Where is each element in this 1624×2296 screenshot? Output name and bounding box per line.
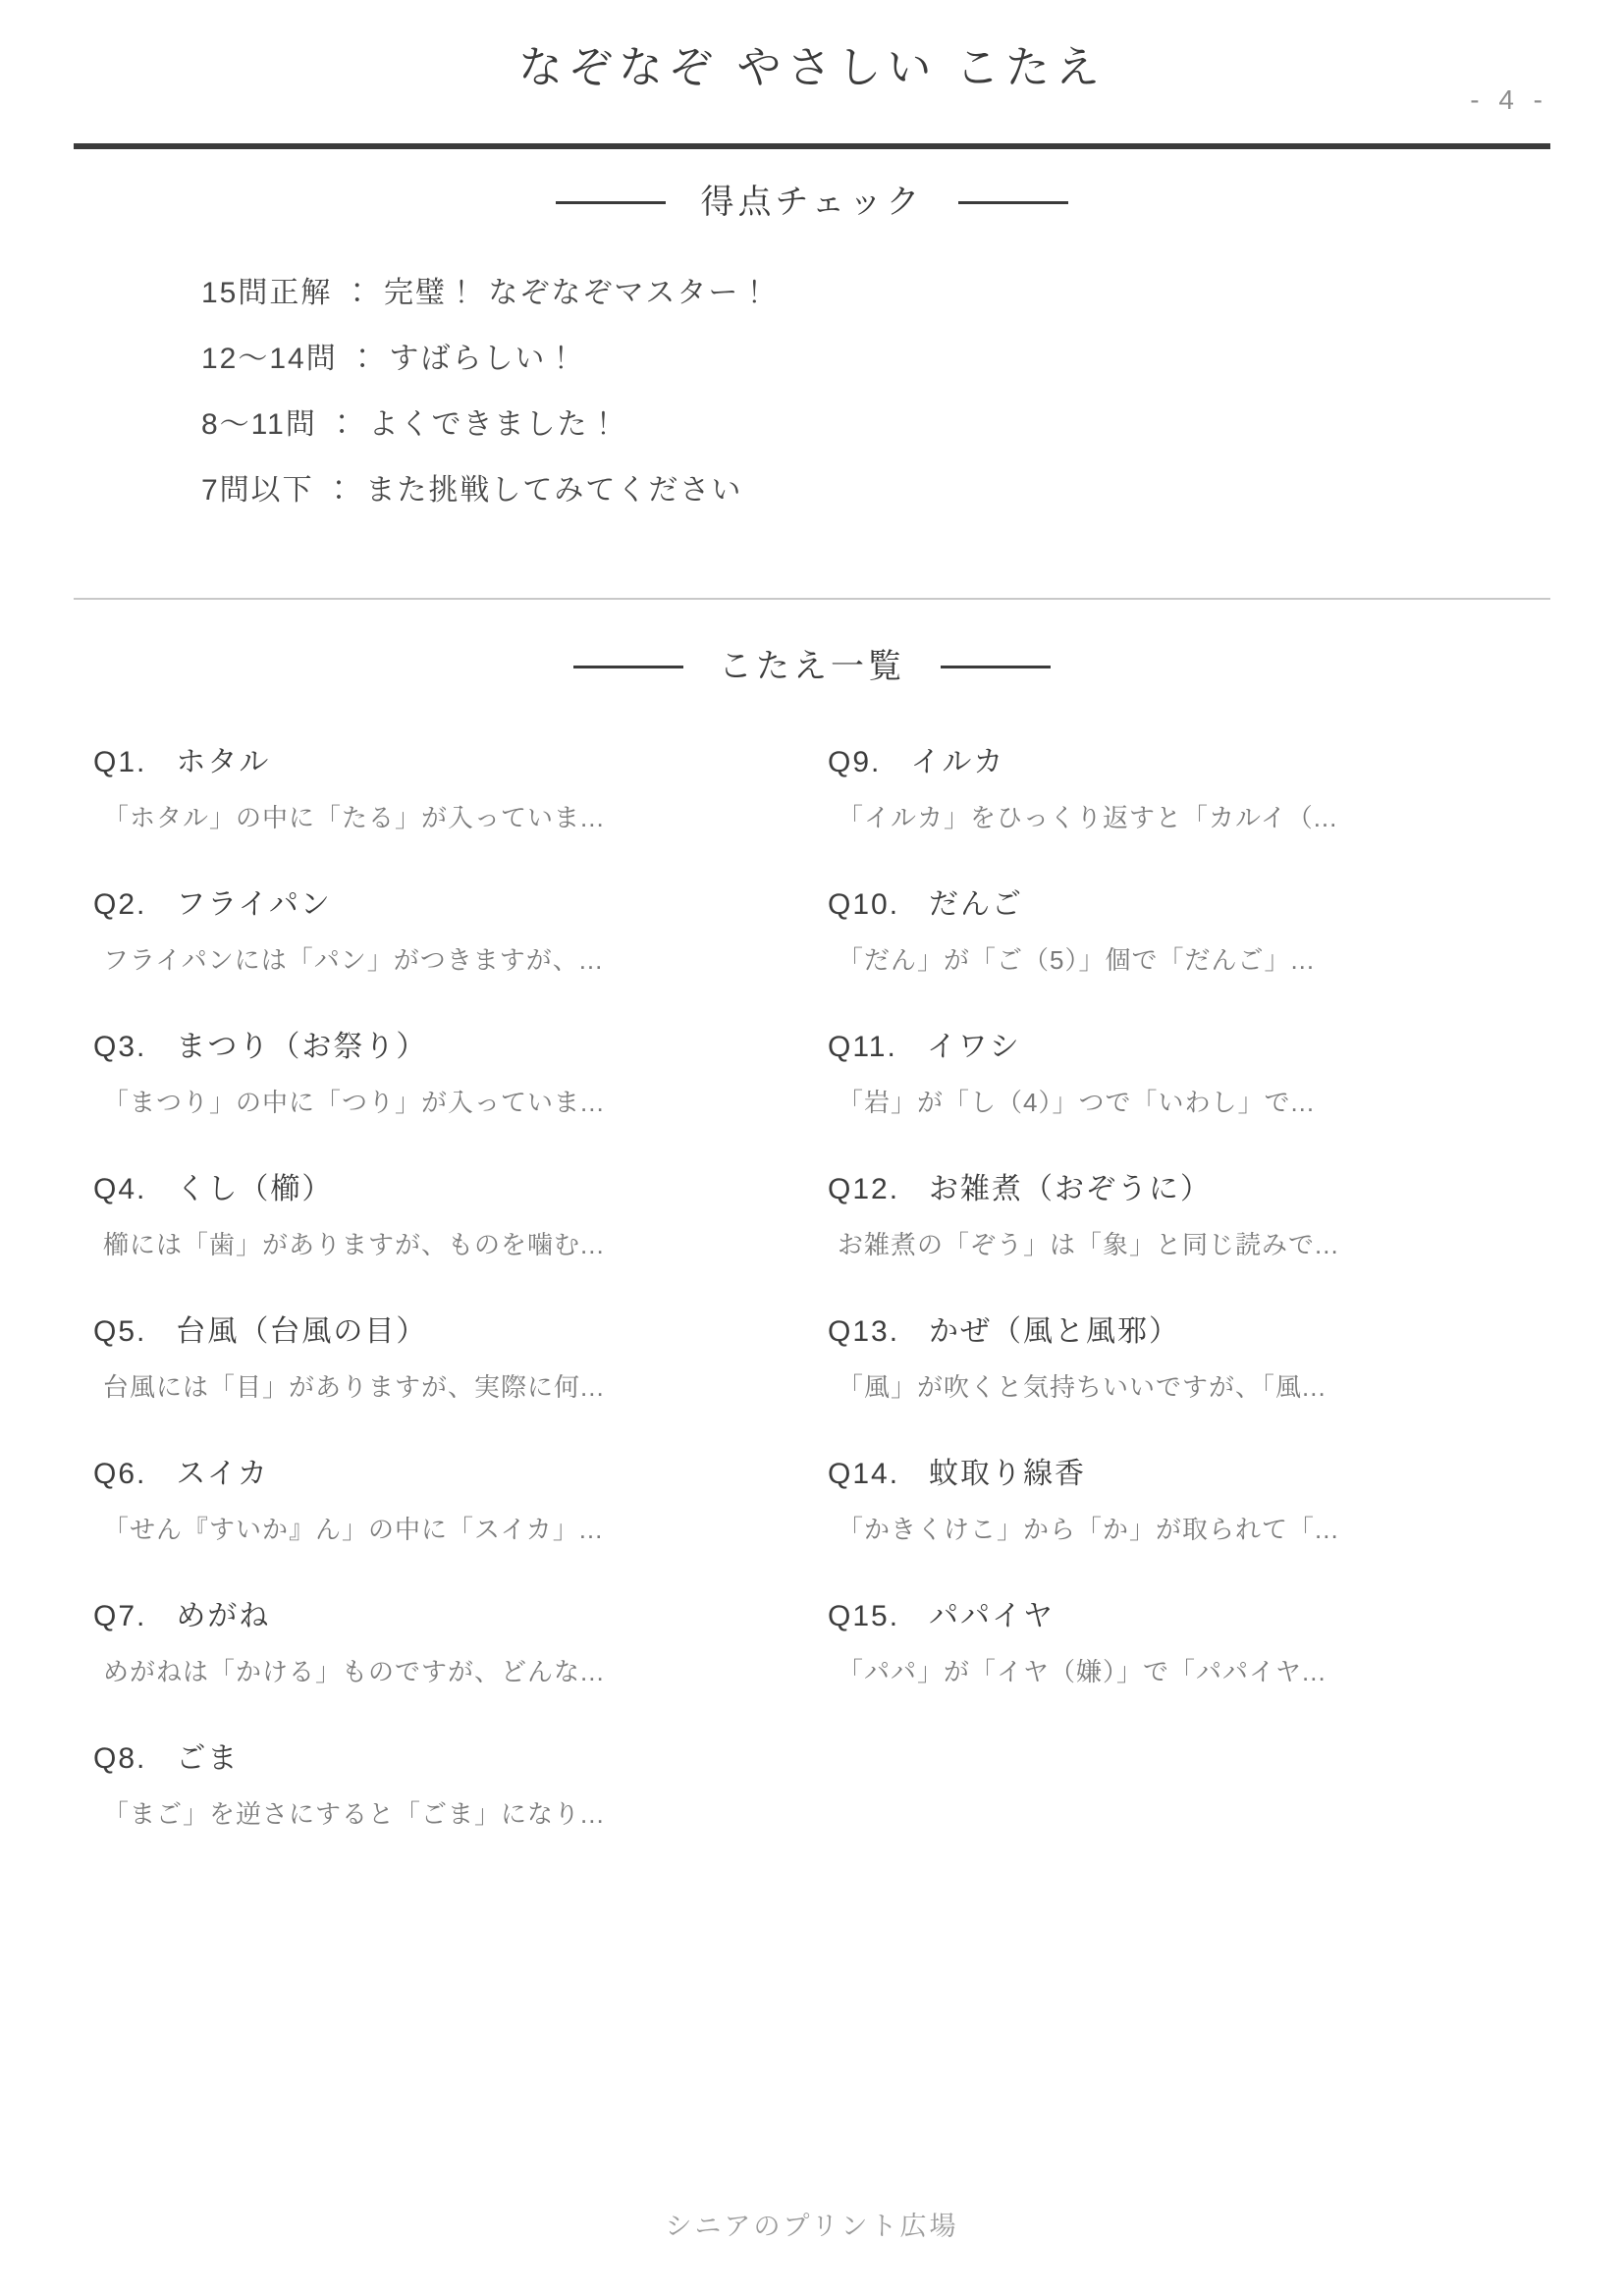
answer-head: Q3.まつり（お祭り） <box>93 1027 828 1068</box>
answer-title: スイカ <box>176 1458 269 1490</box>
score-check-heading: 得点チェック <box>0 181 1624 224</box>
answer-item: Q3.まつり（お祭り） 「まつり」の中に「つり」が入っていま... <box>93 1027 828 1122</box>
answer-item: Q10.だんご 「だん」が「ご（5）」個で「だんご」... <box>828 884 1624 980</box>
answer-head: Q6.スイカ <box>93 1454 828 1495</box>
answer-number: Q5. <box>93 1315 146 1348</box>
answer-item: Q8.ごま 「まご」を逆さにすると「ごま」になり... <box>93 1738 828 1834</box>
score-check-item: 7問以下 ： また挑戦してみてください <box>201 476 1624 506</box>
answer-hint: 「パパ」が「イヤ（嫌）」で「パパイヤ... <box>838 1652 1624 1691</box>
score-check-item: 12〜14問 ： すばらしい！ <box>201 345 1624 374</box>
heading-dash-right <box>958 201 1068 204</box>
answer-title: まつり（お祭り） <box>176 1031 427 1063</box>
page-number: - 4 - <box>1470 84 1548 116</box>
answers-column-left: Q1.ホタル 「ホタル」の中に「たる」が入っていま... Q2.フライパン フラ… <box>93 742 828 1881</box>
answer-item: Q14.蚊取り線香 「かきくけこ」から「か」が取られて「... <box>828 1454 1624 1549</box>
answer-number: Q12. <box>828 1173 899 1205</box>
heading-dash-left <box>573 666 683 668</box>
answer-head: Q10.だんご <box>828 884 1624 926</box>
answer-number: Q7. <box>93 1600 146 1632</box>
answer-hint: 台風には「目」がありますが、実際に何... <box>103 1367 828 1407</box>
answer-head: Q13.かぜ（風と風邪） <box>828 1311 1624 1353</box>
document-page: - 4 - なぞなぞ やさしい こたえ 得点チェック 15問正解 ： 完璧！ な… <box>0 0 1624 2296</box>
answer-item: Q11.イワシ 「岩」が「し（4）」つで「いわし」で... <box>828 1027 1624 1122</box>
score-check-heading-label: 得点チェック <box>701 181 924 224</box>
answer-number: Q1. <box>93 746 146 778</box>
score-check-item: 8〜11問 ： よくできました！ <box>201 410 1624 440</box>
answer-number: Q9. <box>828 746 881 778</box>
answer-head: Q8.ごま <box>93 1738 828 1780</box>
answer-title: パパイヤ <box>929 1600 1055 1632</box>
answer-hint: 「イルカ」をひっくり返すと「カルイ（... <box>838 798 1624 837</box>
answer-head: Q2.フライパン <box>93 884 828 926</box>
answer-hint: 「せん『すいか』ん」の中に「スイカ」... <box>103 1510 828 1549</box>
answer-number: Q10. <box>828 888 899 921</box>
answer-number: Q6. <box>93 1458 146 1490</box>
heading-dash-left <box>556 201 666 204</box>
answer-item: Q4.くし（櫛） 櫛には「歯」がありますが、ものを噛む... <box>93 1169 828 1264</box>
answer-number: Q3. <box>93 1031 146 1063</box>
answer-hint: フライパンには「パン」がつきますが、... <box>103 940 828 980</box>
answer-title: イワシ <box>927 1031 1021 1063</box>
answer-head: Q11.イワシ <box>828 1027 1624 1068</box>
answer-item: Q1.ホタル 「ホタル」の中に「たる」が入っていま... <box>93 742 828 837</box>
answer-list-heading: こたえ一覧 <box>0 645 1624 688</box>
answer-title: かぜ（風と風邪） <box>929 1315 1180 1348</box>
answer-hint: 「まご」を逆さにすると「ごま」になり... <box>103 1794 828 1834</box>
heading-dash-right <box>941 666 1051 668</box>
answer-title: くし（櫛） <box>176 1173 333 1205</box>
answer-hint: 「ホタル」の中に「たる」が入っていま... <box>103 798 828 837</box>
answer-hint: お雑煮の「ぞう」は「象」と同じ読みで... <box>838 1225 1624 1264</box>
answer-head: Q12.お雑煮（おぞうに） <box>828 1169 1624 1210</box>
answer-title: お雑煮（おぞうに） <box>929 1173 1212 1205</box>
answer-head: Q15.パパイヤ <box>828 1596 1624 1637</box>
footer-site-name: シニアのプリント広場 <box>0 2205 1624 2243</box>
answer-hint: 「まつり」の中に「つり」が入っていま... <box>103 1083 828 1122</box>
answer-hint: めがねは「かける」ものですが、どんな... <box>103 1652 828 1691</box>
answer-number: Q14. <box>828 1458 899 1490</box>
answer-head: Q14.蚊取り線香 <box>828 1454 1624 1495</box>
answer-item: Q7.めがね めがねは「かける」ものですが、どんな... <box>93 1596 828 1691</box>
answer-item: Q13.かぜ（風と風邪） 「風」が吹くと気持ちいいですが、「風... <box>828 1311 1624 1407</box>
answer-title: だんご <box>929 888 1023 921</box>
answer-number: Q2. <box>93 888 146 921</box>
section-divider <box>74 598 1550 600</box>
answer-title: めがね <box>176 1600 270 1632</box>
header-rule <box>74 143 1550 149</box>
answer-title: ごま <box>176 1742 239 1775</box>
answer-title: イルカ <box>910 746 1004 778</box>
answer-hint: 「岩」が「し（4）」つで「いわし」で... <box>838 1083 1624 1122</box>
answer-head: Q1.ホタル <box>93 742 828 783</box>
answer-head: Q4.くし（櫛） <box>93 1169 828 1210</box>
answer-item: Q6.スイカ 「せん『すいか』ん」の中に「スイカ」... <box>93 1454 828 1549</box>
answer-item: Q9.イルカ 「イルカ」をひっくり返すと「カルイ（... <box>828 742 1624 837</box>
answer-hint: 「かきくけこ」から「か」が取られて「... <box>838 1510 1624 1549</box>
answer-title: フライパン <box>176 888 332 921</box>
answer-title: ホタル <box>176 746 270 778</box>
answer-head: Q5.台風（台風の目） <box>93 1311 828 1353</box>
answer-item: Q2.フライパン フライパンには「パン」がつきますが、... <box>93 884 828 980</box>
answer-title: 台風（台風の目） <box>176 1315 427 1348</box>
answer-item: Q12.お雑煮（おぞうに） お雑煮の「ぞう」は「象」と同じ読みで... <box>828 1169 1624 1264</box>
answer-head: Q9.イルカ <box>828 742 1624 783</box>
answer-hint: 櫛には「歯」がありますが、ものを噛む... <box>103 1225 828 1264</box>
answer-list-heading-label: こたえ一覧 <box>719 645 905 688</box>
answer-number: Q8. <box>93 1742 146 1775</box>
answer-hint: 「だん」が「ご（5）」個で「だんご」... <box>838 940 1624 980</box>
score-check-list: 15問正解 ： 完璧！ なぞなぞマスター！ 12〜14問 ： すばらしい！ 8〜… <box>201 279 1624 506</box>
answer-number: Q4. <box>93 1173 146 1205</box>
answer-item: Q15.パパイヤ 「パパ」が「イヤ（嫌）」で「パパイヤ... <box>828 1596 1624 1691</box>
answer-head: Q7.めがね <box>93 1596 828 1637</box>
answer-number: Q11. <box>828 1031 897 1063</box>
answer-number: Q13. <box>828 1315 899 1348</box>
answer-hint: 「風」が吹くと気持ちいいですが、「風... <box>838 1367 1624 1407</box>
answers-column-right: Q9.イルカ 「イルカ」をひっくり返すと「カルイ（... Q10.だんご 「だん… <box>828 742 1624 1738</box>
page-title: なぞなぞ やさしい こたえ <box>0 0 1624 94</box>
answer-title: 蚊取り線香 <box>929 1458 1086 1490</box>
answer-item: Q5.台風（台風の目） 台風には「目」がありますが、実際に何... <box>93 1311 828 1407</box>
answers-grid: Q1.ホタル 「ホタル」の中に「たる」が入っていま... Q2.フライパン フラ… <box>93 742 1624 1881</box>
score-check-item: 15問正解 ： 完璧！ なぞなぞマスター！ <box>201 279 1624 308</box>
answer-number: Q15. <box>828 1600 899 1632</box>
